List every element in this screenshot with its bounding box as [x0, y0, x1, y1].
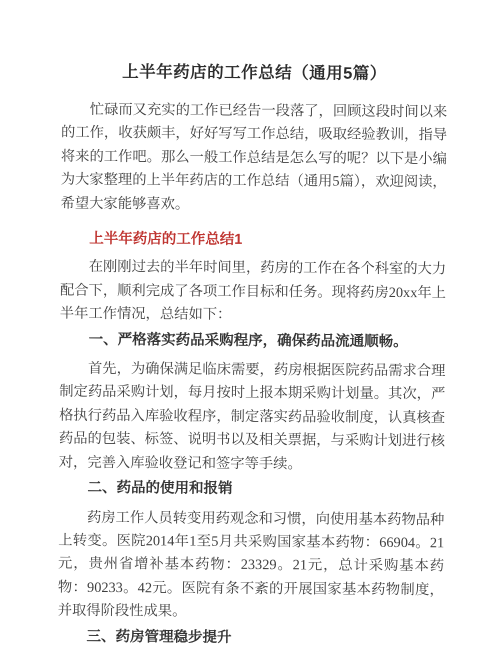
subheading-pharmacy-management: 三、药房管理稳步提升: [57, 625, 443, 647]
subheading-procurement: 一、严格落实药品采购程序，确保药品流通顺畅。: [60, 328, 446, 354]
document-page: 上半年药店的工作总结（通用5篇） 忙碌而又充实的工作已经告一段落了，回顾这段时间…: [57, 0, 448, 647]
intro-paragraph: 忙碌而又充实的工作已经告一段落了，回顾这段时间以来的工作，收获颇丰，好好写写工作…: [60, 99, 447, 219]
paragraph-usage-reimbursement: 药房工作人员转变用药观念和习惯，向使用基本药物品种上转变。医院2014年1至5月…: [58, 506, 445, 626]
section-heading-1: 上半年药店的工作总结1: [60, 228, 446, 254]
document-title: 上半年药店的工作总结（通用5篇）: [61, 59, 447, 88]
subheading-usage-reimbursement: 二、药品的使用和报销: [59, 477, 445, 503]
paragraph-procurement: 首先，为确保满足临床需要，药房根据医院药品需求合理制定药品采购计划，每月按时上报…: [59, 358, 446, 478]
section-opening-paragraph: 在刚刚过去的半年时间里，药房的工作在各个科室的大力配合下，顺利完成了各项工作目标…: [60, 256, 446, 329]
